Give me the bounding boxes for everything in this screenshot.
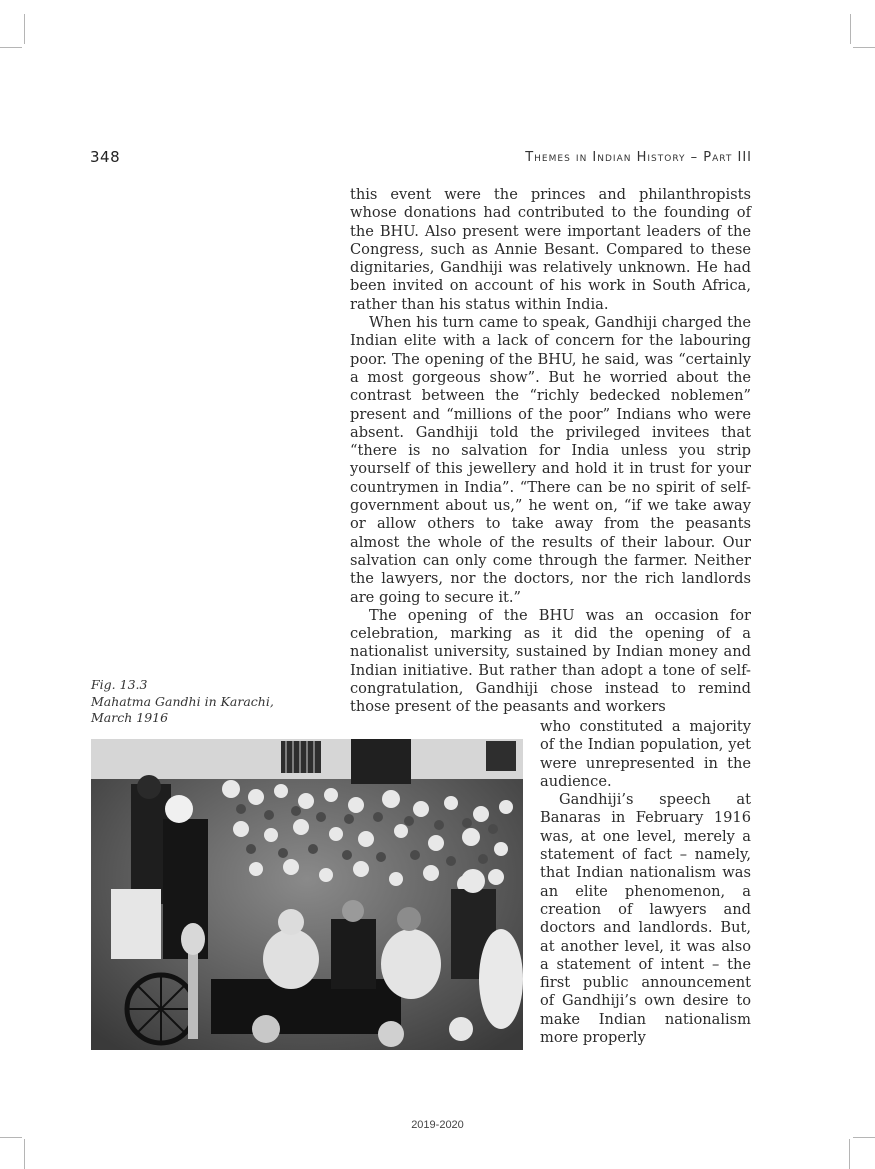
paragraph-4: who constituted a majority of the Indian… (540, 718, 751, 791)
crop-mark-bottom-left-vertical (24, 1139, 25, 1169)
figure-caption-line-2: March 1916 (91, 710, 331, 727)
photo-crowd-illustration (91, 739, 523, 1050)
crop-mark-bottom-right-horizontal (853, 1137, 875, 1138)
paragraph-2: When his turn came to speak, Gandhiji ch… (350, 314, 751, 607)
running-head: Themes in Indian History – Part III (525, 150, 752, 165)
paragraph-3: The opening of the BHU was an occasion f… (350, 607, 751, 717)
crop-mark-top-right-vertical (850, 14, 851, 44)
footer-year: 2019-2020 (0, 1119, 875, 1131)
historical-photograph (91, 739, 523, 1050)
paragraph-5: Gandhiji’s speech at Banaras in February… (540, 791, 751, 1047)
crop-mark-bottom-left-horizontal (0, 1137, 22, 1138)
crop-mark-top-left-horizontal (0, 47, 22, 48)
figure-label: Fig. 13.3 (91, 677, 331, 694)
crop-mark-top-right-horizontal (853, 47, 875, 48)
main-text-column: this event were the princes and philanth… (350, 186, 751, 717)
crop-mark-bottom-right-vertical (849, 1139, 850, 1169)
figure-caption-line-1: Mahatma Gandhi in Karachi, (91, 694, 331, 711)
figure-caption: Fig. 13.3 Mahatma Gandhi in Karachi, Mar… (91, 677, 331, 727)
crop-mark-top-left-vertical (24, 14, 25, 44)
wrap-text-column: who constituted a majority of the Indian… (540, 718, 751, 1047)
page-number: 348 (90, 148, 120, 166)
paragraph-1: this event were the princes and philanth… (350, 186, 751, 314)
